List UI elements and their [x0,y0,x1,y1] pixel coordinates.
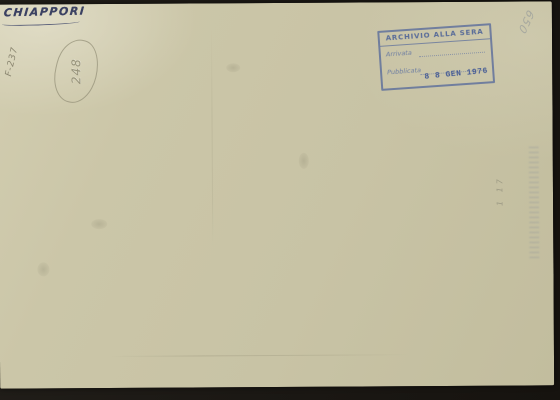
paper-smudge [91,219,107,229]
handwritten-underline [2,19,80,26]
stamp-dotted-line [419,51,485,58]
paper-smudge [299,153,309,169]
embossed-oval-stamp: 248 [48,35,104,107]
photo-verso-scene: CHIAPPORI F-237 248 ARCHIVIO ALLA SERA A… [0,0,560,400]
stamp-received-label: Arrivata [386,49,412,59]
paper-smudge [226,63,240,72]
stamp-published-label: Pubblicata [387,66,421,76]
paper-smudge [37,262,49,276]
oval-number: 248 [69,58,83,84]
faint-edge-note: 1 17 [495,176,504,206]
photo-verso-paper: CHIAPPORI F-237 248 ARCHIVIO ALLA SERA A… [0,1,554,388]
paper-crease-horizontal [110,354,410,357]
handwritten-name: CHIAPPORI [3,4,86,19]
handwritten-corner-number: 650 [516,7,537,36]
faint-ghost-stamp [529,146,540,261]
paper-crease-vertical [211,28,213,248]
handwritten-archive-code: F-237 [1,31,24,92]
archive-ink-stamp: ARCHIVIO ALLA SERA Arrivata Pubblicata 8… [377,23,495,91]
